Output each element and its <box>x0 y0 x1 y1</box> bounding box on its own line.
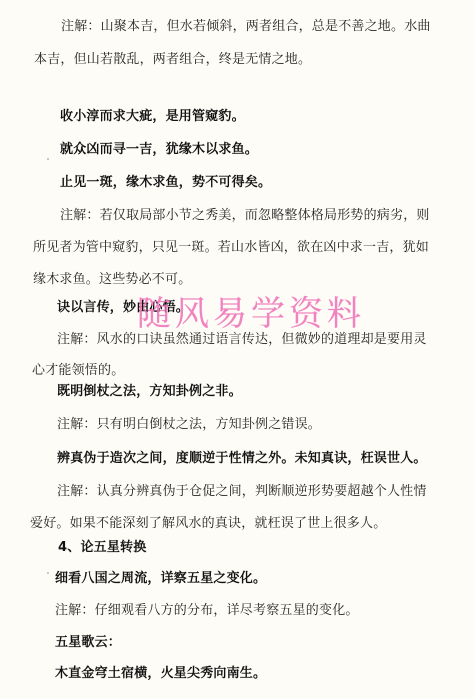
note-line: 注解：只有明白倒杖之法，方知卦例之错误。 <box>57 417 321 433</box>
note-line: 心才能领悟的。 <box>32 363 124 379</box>
scanned-document-page: 注解：山聚本吉，但水若倾斜，两者组合，总是不善之地。水曲 本吉，但山若散乱，两者… <box>0 0 474 698</box>
scan-speck <box>47 572 49 574</box>
verse-line: 辨真伪于造次之间，度顺逆于性情之外。未知真诀，枉误世人。 <box>57 451 427 467</box>
verse-line: 既明倒杖之法，方知卦例之非。 <box>57 384 242 400</box>
note-line: 本吉，但山若散乱，两者组合，终是无情之地。 <box>34 52 311 68</box>
verse-line: 细看八国之周流，详察五星之变化。 <box>55 571 266 587</box>
note-line: 注解：仔细观看八方的分布，详尽考察五星的变化。 <box>55 603 359 619</box>
verse-line: 收小淳而求大疵，是用管窥豹。 <box>60 109 245 125</box>
note-line: 注解：山聚本吉，但水若倾斜，两者组合，总是不善之地。水曲 <box>61 19 431 35</box>
note-line: 注解：认真分辨真伪于仓促之间，判断顺逆形势要超越个人性情 <box>57 484 427 500</box>
section-heading: 4、论五星转换 <box>58 540 146 556</box>
note-line: 注解：风水的口诀虽然通过语言传达，但微妙的道理却是要用灵 <box>57 332 427 348</box>
verse-line: 五星歌云： <box>55 635 121 651</box>
verse-line: 就众凶而寻一吉，犹缘木以求鱼。 <box>60 142 258 158</box>
verse-line: 止见一斑，缘木求鱼，势不可得矣。 <box>60 175 271 191</box>
note-line: 注解：若仅取局部小节之秀美，而忽略整体格局形势的病劣，则 <box>60 208 430 224</box>
note-line: 所见者为管中窥豹，只见一斑。若山水皆凶，欲在凶中求一吉，犹如 <box>33 240 429 256</box>
watermark-text: 随风易学资料 <box>137 294 365 334</box>
scan-speck <box>47 158 49 160</box>
verse-line: 木直金穹土宿横，火星尖秀向南生。 <box>55 666 266 682</box>
note-line: 缘木求鱼。这些势必不可。 <box>33 272 191 288</box>
note-line: 爱好。如果不能深刻了解风水的真诀，就枉误了世上很多人。 <box>30 516 386 532</box>
